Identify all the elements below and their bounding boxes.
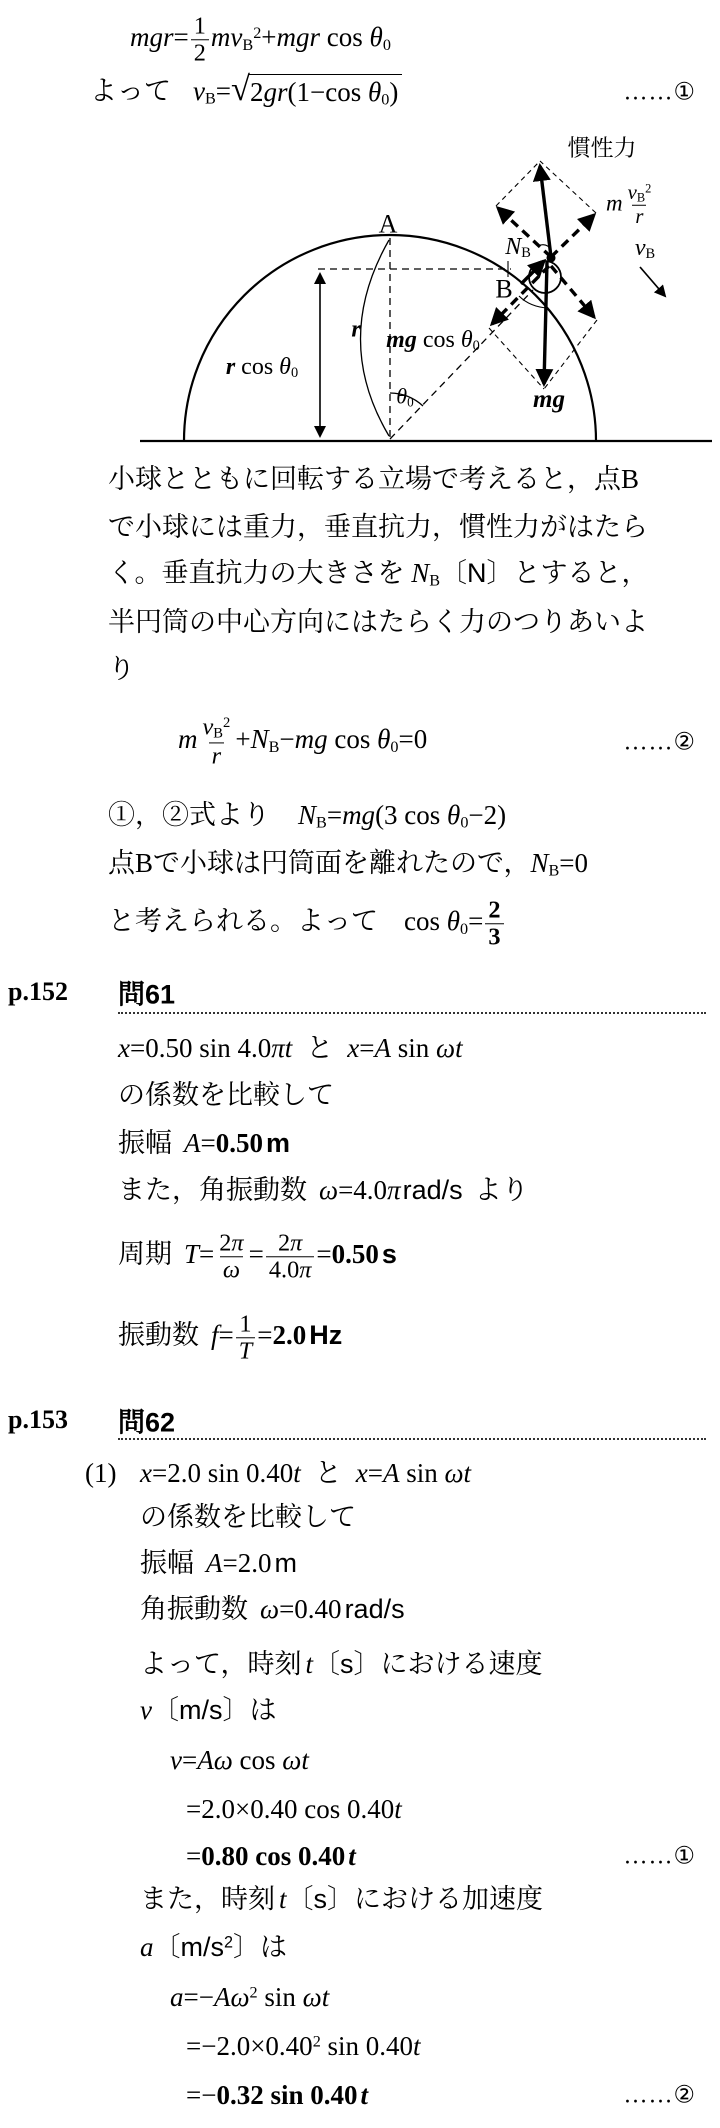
equation-balance: mvB2r+NB−mg cos θ0=0 — [178, 714, 427, 769]
equation-vb: よってvB=√2gr(1−cos θ0) — [90, 74, 402, 110]
line-conclusion: と考えられる。よってcos θ0=23 — [108, 897, 506, 950]
section-divider — [118, 1012, 706, 1014]
section-divider — [118, 1438, 706, 1440]
label-radius: r — [351, 317, 360, 342]
eq62-marker-1: ……① — [623, 1842, 696, 1871]
radius-dashed-line — [390, 290, 533, 439]
eq62-accel-unit: a〔m/s2〕は — [140, 1931, 287, 1963]
eq61-omega: また，角振動数ω=4.0πrad/sより — [118, 1174, 529, 1206]
page-ref-153: p.153 — [8, 1405, 68, 1435]
eq62-a-general: a=−Aω2 sin ωt — [170, 1981, 329, 2013]
equation-energy: mgr=12mvB2+mgr cos θ0 — [130, 13, 391, 66]
eq62-v-general: v=Aω cos ωt — [170, 1744, 309, 1776]
body-text-line: く。垂直抗力の大きさを NB〔N〕とすると， — [108, 557, 649, 591]
body-text-line: り — [108, 653, 135, 685]
label-theta0: θ0 — [396, 385, 413, 410]
eq62-v-result: =0.80 cos 0.40t — [186, 1840, 356, 1872]
label-gravity-radial: mg cos θ0 — [386, 328, 480, 354]
eq62-amplitude: 振幅A=2.0m — [140, 1547, 297, 1579]
line-from-eq12: ①，②式よりNB=mg(3 cos θ0−2) — [108, 799, 506, 833]
textbook-solution-page: { "sec1": { "eq_energy": [["i","mgr"],["… — [0, 0, 720, 2128]
eq61-compare: x=0.50 sin 4.0πtとx=A sin ωt — [118, 1032, 463, 1064]
label-gravity: mg — [533, 387, 565, 413]
label-normal-force: NB — [505, 235, 531, 261]
label-centrifugal-term: mvB2r — [606, 182, 656, 228]
eq62-text: の係数を比較して — [140, 1501, 356, 1533]
eq62-a-result: =−0.32 sin 0.40t — [186, 2079, 368, 2111]
body-text-line: 小球とともに回転する立場で考えると，点B — [108, 463, 639, 495]
eq62-velocity-intro: よって，時刻t〔s〕における速度 — [140, 1648, 542, 1680]
equation-marker-1: ……① — [623, 78, 696, 107]
eq61-amplitude: 振幅A=0.50m — [118, 1127, 290, 1159]
label-inertial-force: 慣性力 — [568, 135, 637, 160]
eq62-a-subst: =−2.0×0.402 sin 0.40t — [186, 2030, 421, 2062]
eq62-omega: 角振動数ω=0.40rad/s — [140, 1593, 405, 1625]
ball-angle-arc — [519, 296, 548, 308]
body-text-line: 半円筒の中心方向にはたらく力のつりあいよ — [108, 606, 648, 638]
eq62-accel-intro: また，時刻t〔s〕における加速度 — [140, 1883, 543, 1915]
page-ref-152: p.152 — [8, 977, 68, 1007]
item-number-1: (1) — [85, 1457, 116, 1489]
eq62-marker-2: ……② — [623, 2081, 696, 2110]
body-text-line: で小球には重力，垂直抗力，慣性力がはたら — [108, 511, 648, 543]
label-point-b: B — [495, 275, 512, 302]
eq62-velocity-unit: v〔m/s〕は — [140, 1694, 276, 1726]
velocity-arrow — [640, 267, 665, 296]
inertial-force-arrow — [540, 166, 551, 257]
eq61-frequency: 振動数f=1T=2.0Hz — [118, 1311, 342, 1364]
force-diagram-canvas — [0, 118, 720, 468]
line-leave-surface: 点Bで小球は円筒面を離れたので，NB=0 — [108, 847, 588, 881]
centrifugal-component-arrow — [551, 215, 594, 257]
problem-62-title: 問62 — [118, 1401, 175, 1440]
label-point-a: A — [379, 210, 398, 237]
eq62-v-subst: =2.0×0.40 cos 0.40t — [186, 1793, 402, 1825]
label-rcos: r cos θ0 — [226, 355, 298, 381]
label-velocity: vB — [635, 236, 655, 262]
equation-marker-2: ……② — [623, 728, 696, 757]
eq62-compare: x=2.0 sin 0.40tとx=A sin ωt — [140, 1457, 471, 1489]
eq61-text: の係数を比較して — [118, 1079, 334, 1111]
problem-61-title: 問61 — [118, 973, 175, 1012]
eq61-period: 周期T=2πω=2π4.0π=0.50s — [118, 1230, 397, 1283]
